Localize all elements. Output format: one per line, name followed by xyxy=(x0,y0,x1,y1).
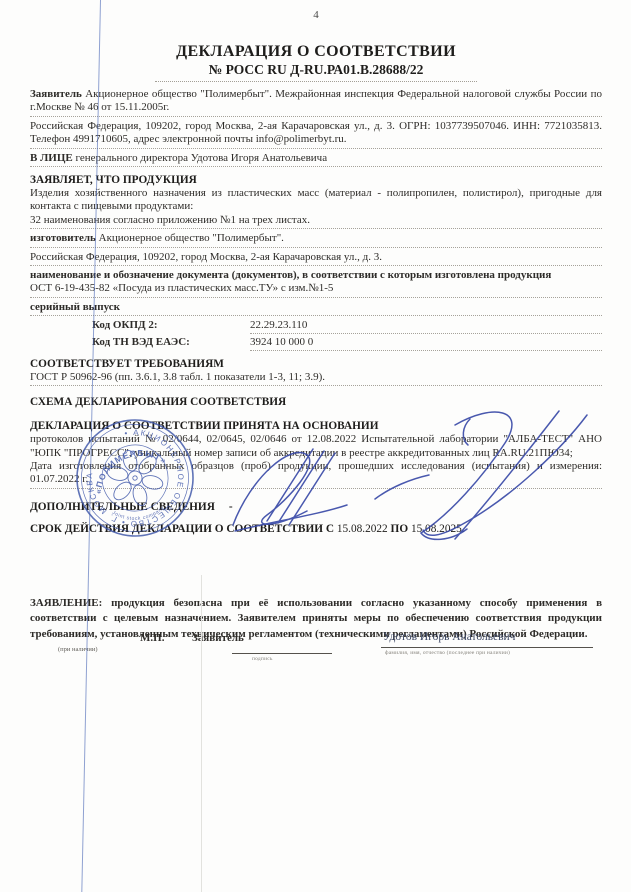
full-name-ruled-line xyxy=(381,647,593,648)
okpd-label: Код ОКПД 2: xyxy=(92,319,250,334)
product-description: Изделия хозяйственного назначения из пла… xyxy=(30,187,602,214)
requirements-heading: СООТВЕТСТВУЕТ ТРЕБОВАНИЯМ xyxy=(30,358,602,370)
statement-paragraph: ЗАЯВЛЕНИЕ: продукция безопасна при её ис… xyxy=(30,596,602,643)
tnved-code-row: Код ТН ВЭД ЕАЭС: 3924 10 000 0 xyxy=(30,336,602,351)
manufacturer-label: изготовитель xyxy=(30,232,99,244)
signature-caption: подпись xyxy=(252,656,273,662)
applicant-text: Акционерное общество "Полимербыт". Межра… xyxy=(30,88,602,113)
stamp-place-label: М.П. xyxy=(140,632,164,644)
manufacturer-line: изготовительАкционерное общество "Полиме… xyxy=(30,232,602,247)
applicant-address: Российская Федерация, 109202, город Моск… xyxy=(30,120,602,145)
applicant-line: ЗаявительАкционерное общество "Полимербы… xyxy=(30,88,602,117)
signer-full-name: Удотов Игорь Анатольевич xyxy=(383,631,515,643)
document-title: ДЕКЛАРАЦИЯ О СООТВЕТСТВИИ xyxy=(30,43,602,61)
tnved-label: Код ТН ВЭД ЕАЭС: xyxy=(92,336,250,351)
scanned-declaration-page: 4 ДЕКЛАРАЦИЯ О СООТВЕТСТВИИ № РОСС RU Д-… xyxy=(0,0,631,892)
items-note-line: 32 наименования согласно приложению №1 н… xyxy=(30,214,602,229)
applicant-address-line: Российская Федерация, 109202, город Моск… xyxy=(30,120,602,149)
signature-ruled-line xyxy=(232,653,332,654)
serial-issue-line: серийный выпуск xyxy=(30,301,602,316)
title-underline xyxy=(155,80,477,82)
requirements-value: ГОСТ Р 50962-96 (пп. 3.6.1, 3.8 табл. 1 … xyxy=(30,371,602,386)
full-name-caption: фамилия, имя, отчество (последнее при на… xyxy=(385,650,510,656)
manufacturer-address-line: Российская Федерация, 109202, город Моск… xyxy=(30,251,602,266)
statement-text: продукция безопасна при её использовании… xyxy=(30,597,602,640)
document-basis-value: ОСТ 6-19-435-82 «Посуда из пластических … xyxy=(30,282,602,297)
in-person-label: В ЛИЦЕ xyxy=(30,152,75,164)
in-person-line: В ЛИЦЕгенерального директора Удотова Иго… xyxy=(30,152,602,167)
handwritten-signature-icon xyxy=(215,403,610,548)
in-person-text: генерального директора Удотова Игоря Ана… xyxy=(75,152,327,164)
declares-heading: ЗАЯВЛЯЕТ, ЧТО ПРОДУКЦИЯ xyxy=(30,174,602,186)
declaration-number: № РОСС RU Д-RU.РА01.В.28688/22 xyxy=(30,62,602,78)
okpd-value: 22.29.23.110 xyxy=(250,319,602,334)
signer-role-label: Заявитель xyxy=(192,632,244,644)
statement-label: ЗАЯВЛЕНИЕ: xyxy=(30,597,102,609)
availability-note: (при наличии) xyxy=(58,646,98,653)
tnved-value: 3924 10 000 0 xyxy=(250,336,602,351)
document-basis-heading: наименование и обозначение документа (до… xyxy=(30,269,602,282)
manufacturer-name: Акционерное общество "Полимербыт". xyxy=(99,232,284,244)
page-number: 4 xyxy=(30,0,602,21)
applicant-label: Заявитель xyxy=(30,88,85,100)
okpd-code-row: Код ОКПД 2: 22.29.23.110 xyxy=(30,319,602,334)
title-block: ДЕКЛАРАЦИЯ О СООТВЕТСТВИИ № РОСС RU Д-RU… xyxy=(30,43,602,82)
scan-crease-line xyxy=(201,575,202,892)
